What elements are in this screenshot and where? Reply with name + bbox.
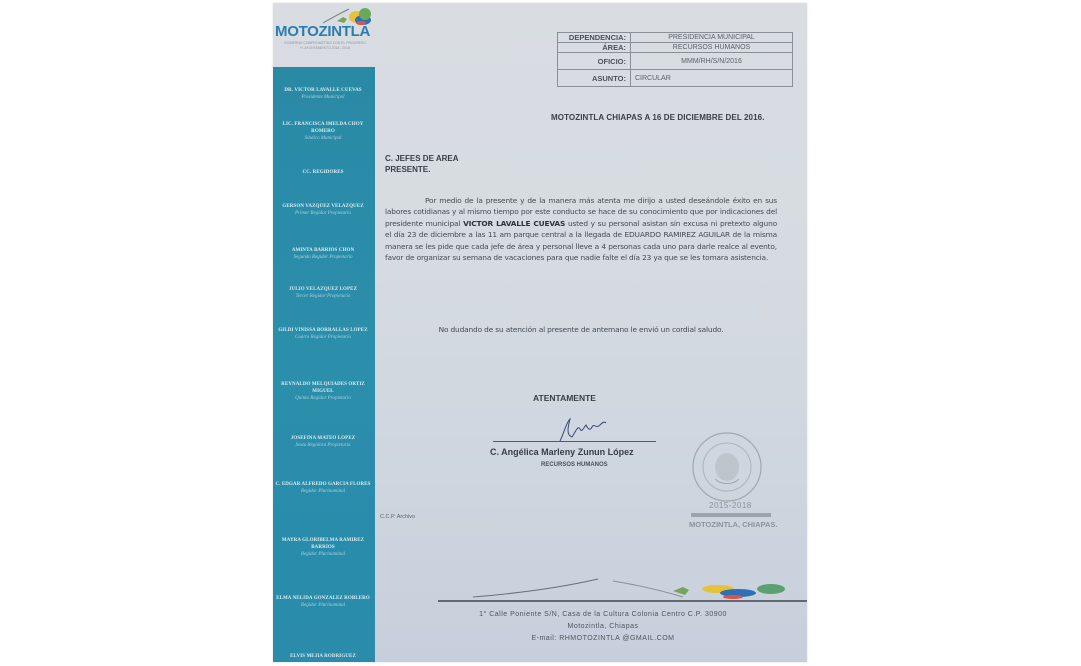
ccp-archivo: C.C.P. Archivo [380, 514, 415, 520]
stamp-years: 2015-2018 [709, 501, 752, 510]
closing-line: No dudando de su atención al presente de… [385, 325, 777, 334]
sidebar-entry-role: Quinto Regidor Propietario [273, 395, 373, 402]
salutation-recipient: C. JEFES DE AREA [385, 153, 459, 164]
motozintla-logo: MOTOZINTLA GOBIERNO COMPROMETIDO CON EL … [275, 5, 375, 63]
sidebar-entry-name: REYNALDO MELQUIADES ORTIZ MIGUEL [273, 381, 373, 395]
sidebar-entry-name: ELVIS MEJIA RODRIGUEZ [273, 653, 373, 660]
sidebar-entry-name: MAYRA GLORIBELMA RAMIREZ BARRIOS [273, 537, 373, 551]
sidebar-entry: GILDI VINISSA BORRALLAS LOPEZ Cuarto Reg… [273, 327, 373, 341]
signer-name: C. Angélica Marleny Zunun López [490, 447, 634, 457]
footer-email: E-mail: RHMOTOZINTLA @GMAIL.COM [433, 633, 773, 645]
footer-landscape-icon [433, 573, 807, 601]
council-sidebar: DR. VICTOR LAVALLE CUEVAS Presidente Mun… [273, 67, 375, 662]
sidebar-entry: CC. REGIDORES [273, 169, 373, 176]
sidebar-entry-name: CC. REGIDORES [273, 169, 373, 176]
logo-title: MOTOZINTLA [275, 23, 370, 40]
area-label: ÁREA: [558, 43, 631, 53]
sidebar-entry-role: Primer Regidor Propietario [273, 210, 373, 217]
signature-scribble-icon [556, 415, 616, 443]
asunto-value: CIRCULAR [631, 70, 793, 87]
letter-body: Por medio de la presente y de la manera … [385, 195, 777, 263]
signer-role: RECURSOS HUMANOS [541, 462, 608, 468]
salutation-presente: PRESENTE. [385, 164, 459, 175]
sidebar-entry: AMINTA BARRIOS CHON Segundo Regidor Prop… [273, 247, 373, 261]
sidebar-entry-role: Tercer Regidor Propietario [273, 293, 373, 300]
sidebar-entry-role: Regidor Plurinominal [273, 602, 373, 609]
sidebar-entry-name: JULIO VELAZQUEZ LOPEZ [273, 286, 373, 293]
dependencia-label: DEPENDENCIA: [558, 33, 631, 43]
dependencia-value: PRESIDENCIA MUNICIPAL [631, 33, 793, 43]
oficio-value: MMM/RH/S/N/2016 [631, 53, 793, 70]
sidebar-entry-role: Regidor Plurinominal [273, 551, 373, 558]
footer-address-line: 1° Calle Poniente S/N, Casa de la Cultur… [433, 609, 773, 621]
sidebar-entry: GERSON VAZQUEZ VELAZQUEZ Primer Regidor … [273, 203, 373, 217]
sidebar-entry: ELMA NELIDA GONZALEZ ROBLERO Regidor Plu… [273, 595, 373, 609]
table-row: DEPENDENCIA: PRESIDENCIA MUNICIPAL [558, 33, 793, 43]
sidebar-entry-name: AMINTA BARRIOS CHON [273, 247, 373, 254]
sidebar-entry-name: C. EDGAR ALFREDO GARCIA FLORES [273, 481, 373, 488]
sidebar-entry-name: DR. VICTOR LAVALLE CUEVAS [273, 87, 373, 94]
sidebar-entry-name: ELMA NELIDA GONZALEZ ROBLERO [273, 595, 373, 602]
logo-subtitle-line: H. AYUNTAMIENTO 2015 - 2018 [277, 46, 373, 51]
sidebar-entry: LIC. FRANCISCA IMELDA CHOY ROMERO Síndic… [273, 121, 373, 142]
sidebar-entry-role: Presidente Municipal [273, 94, 373, 101]
footer-divider [438, 600, 807, 602]
table-row: OFICIO: MMM/RH/S/N/2016 [558, 53, 793, 70]
sidebar-entry: JULIO VELAZQUEZ LOPEZ Tercer Regidor Pro… [273, 286, 373, 300]
sidebar-entry-role: Cuarto Regidor Propietario [273, 334, 373, 341]
sidebar-entry-role: Sexta Regidora Propietaria [273, 442, 373, 449]
sidebar-entry-role: Segundo Regidor Propietario [273, 254, 373, 261]
signature-line [493, 441, 656, 442]
stamp-bar [691, 513, 771, 517]
sidebar-entry: ELVIS MEJIA RODRIGUEZ [273, 653, 373, 660]
table-row: ÁREA: RECURSOS HUMANOS [558, 43, 793, 53]
sidebar-entry: MAYRA GLORIBELMA RAMIREZ BARRIOS Regidor… [273, 537, 373, 558]
sidebar-entry: REYNALDO MELQUIADES ORTIZ MIGUEL Quinto … [273, 381, 373, 402]
sidebar-entry-role: Síndico Municipal [273, 135, 373, 142]
salutation: C. JEFES DE AREA PRESENTE. [385, 153, 459, 175]
sidebar-entry: C. EDGAR ALFREDO GARCIA FLORES Regidor P… [273, 481, 373, 495]
sidebar-entry-name: GERSON VAZQUEZ VELAZQUEZ [273, 203, 373, 210]
header-info-table: DEPENDENCIA: PRESIDENCIA MUNICIPAL ÁREA:… [557, 32, 793, 87]
footer-address: 1° Calle Poniente S/N, Casa de la Cultur… [433, 609, 773, 645]
sidebar-entry-name: GILDI VINISSA BORRALLAS LOPEZ [273, 327, 373, 334]
asunto-label: ASUNTO: [558, 70, 631, 87]
date-line: MOTOZINTLA CHIAPAS A 16 DE DICIEMBRE DEL… [551, 113, 765, 122]
sidebar-entry: JOSEFINA MATEO LOPEZ Sexta Regidora Prop… [273, 435, 373, 449]
area-value: RECURSOS HUMANOS [631, 43, 793, 53]
logo-subtitle: GOBIERNO COMPROMETIDO CON EL PROGRESO H.… [277, 41, 373, 50]
table-row: ASUNTO: CIRCULAR [558, 70, 793, 87]
sidebar-entry: DR. VICTOR LAVALLE CUEVAS Presidente Mun… [273, 87, 373, 101]
sidebar-entry-name: JOSEFINA MATEO LOPEZ [273, 435, 373, 442]
letter-page: MOTOZINTLA GOBIERNO COMPROMETIDO CON EL … [273, 3, 807, 662]
atentamente-label: ATENTAMENTE [533, 393, 596, 403]
body-president-name: VICTOR LAVALLE CUEVAS [463, 219, 565, 228]
oficio-label: OFICIO: [558, 53, 631, 70]
stamp-city: MOTOZINTLA, CHIAPAS. [689, 520, 777, 529]
sidebar-entry-role: Regidor Plurinominal [273, 488, 373, 495]
logo-subtitle-line: GOBIERNO COMPROMETIDO CON EL PROGRESO [277, 41, 373, 46]
footer-city: Motozintla, Chiapas [433, 621, 773, 633]
sidebar-entry-name: LIC. FRANCISCA IMELDA CHOY ROMERO [273, 121, 373, 135]
